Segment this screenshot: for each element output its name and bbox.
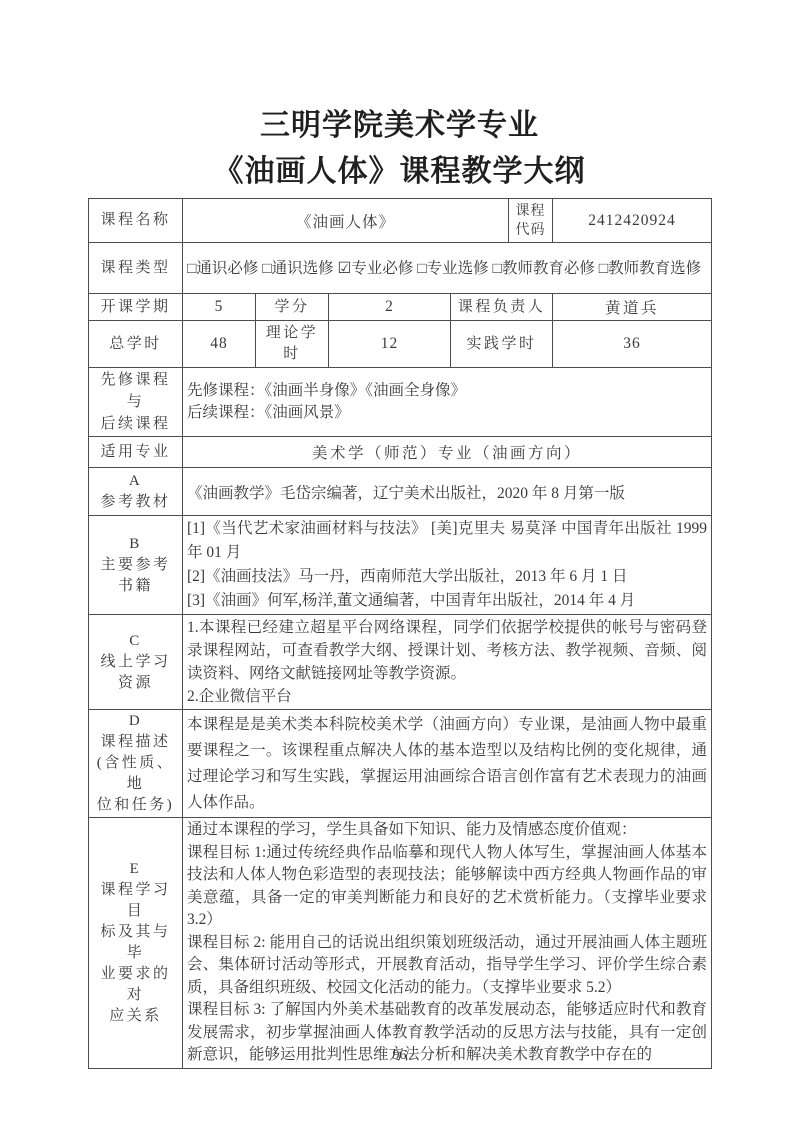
row-ref-textbook: A参考教材 《油画教学》毛岱宗编著，辽宁美术出版社，2020 年 8 月第一版 [89, 468, 712, 516]
ref-books-content: [1]《当代艺术家油画材料与技法》 [美]克里夫 易莫泽 中国青年出版社 199… [183, 516, 712, 615]
course-type-label: 课程类型 [89, 243, 183, 294]
document-page: 三明学院美术学专业 《油画人体》课程教学大纲 课程名称 《油画人体》 课程代码 … [0, 0, 799, 1131]
row-prerequisites: 先修课程与后续课程 先修课程：《油画半身像》《油画全身像》后续课程：《油画风景》 [89, 368, 712, 437]
ref-books-label: B主要参考书籍 [89, 516, 183, 615]
course-objectives-label: E课程学习目标及其与毕业要求的对应关系 [89, 818, 183, 1069]
document-title-line2: 《油画人体》课程教学大纲 [0, 146, 799, 190]
row-semester: 开课学期 5 学分 2 课程负责人 黄道兵 [89, 294, 712, 321]
credit-value: 2 [329, 294, 451, 321]
total-hours-label: 总学时 [89, 321, 183, 368]
row-course-name: 课程名称 《油画人体》 课程代码 2412420924 [89, 199, 712, 243]
semester-value: 5 [183, 294, 256, 321]
row-course-objectives: E课程学习目标及其与毕业要求的对应关系 通过本课程的学习，学生具备如下知识、能力… [89, 818, 712, 1069]
prerequisites-label: 先修课程与后续课程 [89, 368, 183, 437]
online-resources-content: 1.本课程已经建立超星平台网络课程，同学们依据学校提供的帐号与密码登录课程网站，… [183, 615, 712, 710]
course-code-label: 课程代码 [509, 199, 553, 243]
row-ref-books: B主要参考书籍 [1]《当代艺术家油画材料与技法》 [美]克里夫 易莫泽 中国青… [89, 516, 712, 615]
row-applicable-major: 适用专业 美术学（师范）专业（油画方向） [89, 437, 712, 468]
practice-hours-value: 36 [553, 321, 712, 368]
practice-hours-label: 实践学时 [451, 321, 553, 368]
page-number: 96 [0, 1048, 799, 1064]
course-outline-table: 课程名称 《油画人体》 课程代码 2412420924 课程类型 □通识必修 □… [88, 198, 712, 1069]
ref-textbook-label: A参考教材 [89, 468, 183, 516]
course-type-options: □通识必修 □通识选修 ☑专业必修 □专业选修 □教师教育必修 □教师教育选修 [183, 243, 712, 294]
theory-hours-value: 12 [329, 321, 451, 368]
online-resources-label: C线上学习资源 [89, 615, 183, 710]
course-description-label: D课程描述(含性质、地位和任务) [89, 710, 183, 818]
theory-hours-label: 理论学时 [256, 321, 329, 368]
course-code-value: 2412420924 [553, 199, 712, 243]
row-hours: 总学时 48 理论学时 12 实践学时 36 [89, 321, 712, 368]
row-course-description: D课程描述(含性质、地位和任务) 本课程是是美术类本科院校美术学（油画方向）专业… [89, 710, 712, 818]
total-hours-value: 48 [183, 321, 256, 368]
document-title-line1: 三明学院美术学专业 [0, 100, 799, 144]
course-description-content: 本课程是是美术类本科院校美术学（油画方向）专业课，是油画人物中最重要课程之一。该… [183, 710, 712, 818]
credit-label: 学分 [256, 294, 329, 321]
row-course-type: 课程类型 □通识必修 □通识选修 ☑专业必修 □专业选修 □教师教育必修 □教师… [89, 243, 712, 294]
applicable-major-value: 美术学（师范）专业（油画方向） [183, 437, 712, 468]
ref-textbook-content: 《油画教学》毛岱宗编著，辽宁美术出版社，2020 年 8 月第一版 [183, 468, 712, 516]
applicable-major-label: 适用专业 [89, 437, 183, 468]
leader-value: 黄道兵 [553, 294, 712, 321]
row-online-resources: C线上学习资源 1.本课程已经建立超星平台网络课程，同学们依据学校提供的帐号与密… [89, 615, 712, 710]
leader-label: 课程负责人 [451, 294, 553, 321]
prerequisites-content: 先修课程：《油画半身像》《油画全身像》后续课程：《油画风景》 [183, 368, 712, 437]
semester-label: 开课学期 [89, 294, 183, 321]
course-name-label: 课程名称 [89, 199, 183, 243]
course-name-value: 《油画人体》 [183, 199, 509, 243]
course-objectives-content: 通过本课程的学习，学生具备如下知识、能力及情感态度价值观：课程目标 1:通过传统… [183, 818, 712, 1069]
